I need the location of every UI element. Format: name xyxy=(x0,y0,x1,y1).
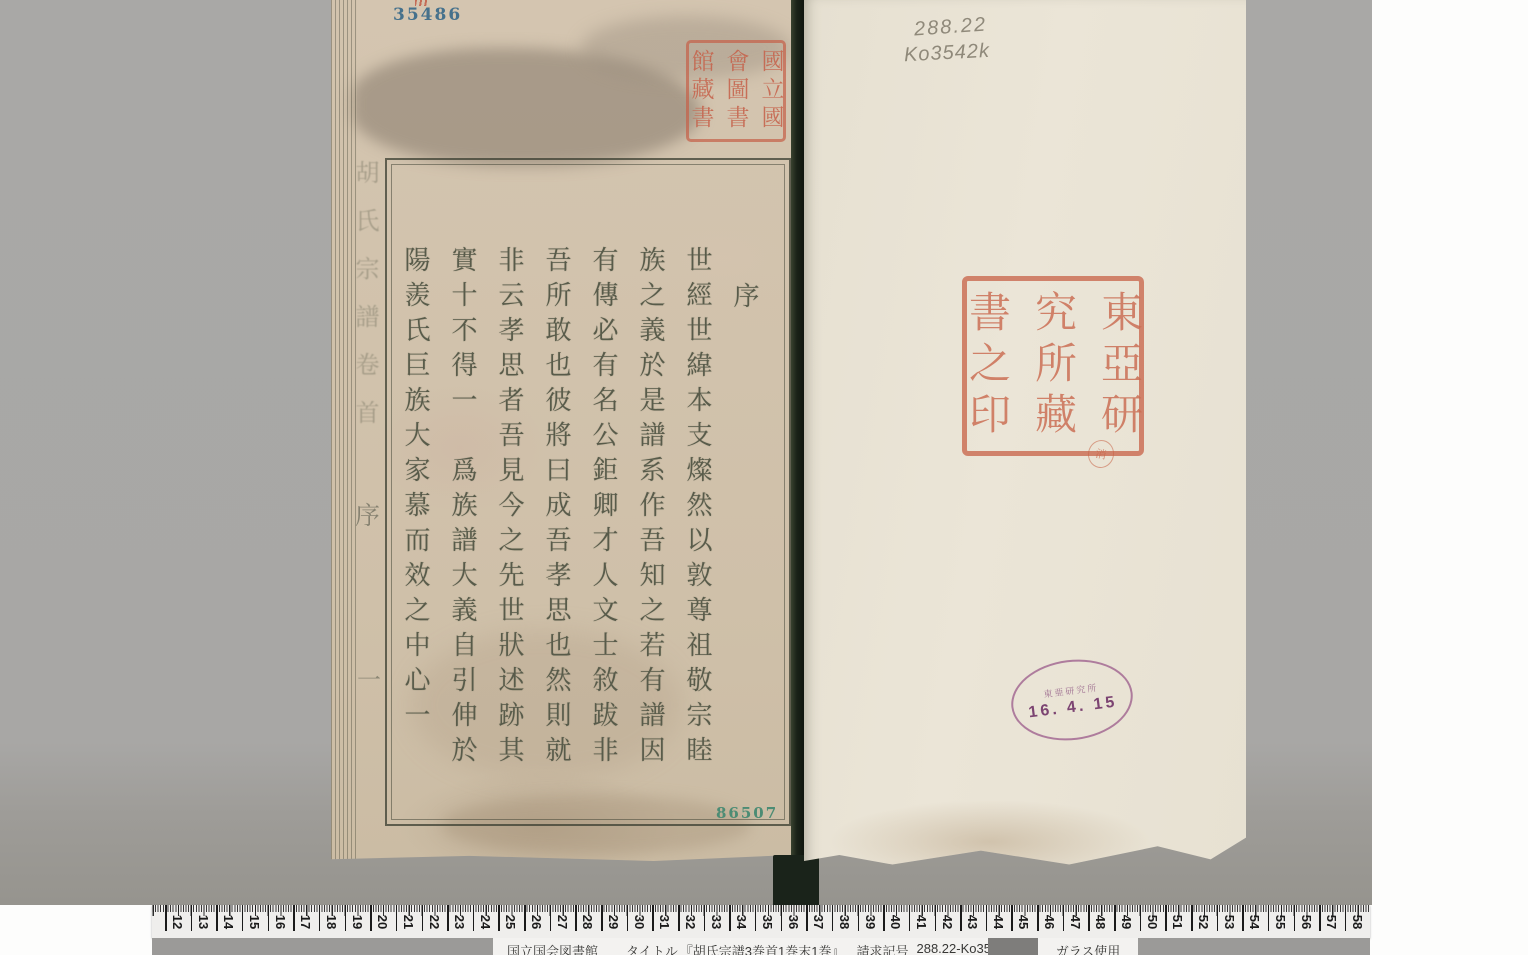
ruler-number: 41 xyxy=(914,911,930,933)
ruler-number: 52 xyxy=(1196,911,1212,933)
ruler-cm-tick xyxy=(575,905,577,931)
accession-number-stamp: 35486 xyxy=(393,5,462,25)
seal-column: 會圖書 xyxy=(720,49,753,133)
text-column: 吾所敢也彼將曰成吾孝思也然則就 xyxy=(548,246,575,804)
ruler-number: 35 xyxy=(760,911,776,933)
ruler-cm-tick xyxy=(345,905,347,931)
title-value: 『胡氏宗譜3巻首1巻末1巻』 xyxy=(680,941,845,955)
ruler-number: 27 xyxy=(555,911,571,933)
ruler-cm-tick xyxy=(781,905,783,931)
ruler-number: 38 xyxy=(837,911,853,933)
text-column: 非云孝思者吾見今之先世狀述跡其 xyxy=(501,246,528,804)
ruler-number: 34 xyxy=(734,911,750,933)
ruler-cm-tick xyxy=(473,905,475,931)
ruler-number: 54 xyxy=(1247,911,1263,933)
ruler-number: 15 xyxy=(247,911,263,933)
ruler-cm-tick xyxy=(1063,905,1065,931)
ruler-cm-tick xyxy=(704,905,706,931)
ruler-number: 25 xyxy=(503,911,519,933)
spine-section: 序 xyxy=(355,496,380,532)
text-column: 序 xyxy=(736,282,763,804)
library-ownership-seal: 國立國 會圖書 館藏書 xyxy=(686,40,786,142)
ruler-cm-tick xyxy=(191,905,193,931)
ruler-number: 26 xyxy=(529,911,545,933)
date-stamp: 東亜研究所 16. 4. 15 xyxy=(1007,653,1138,747)
ruler-cm-tick xyxy=(909,905,911,931)
right-page: 288.22 Ko3542k 東亞研 究所藏 書之印 消 東亜研究所 16. 4… xyxy=(804,0,1246,868)
ruler-cm-tick xyxy=(960,905,962,931)
ruler-cm-tick xyxy=(1345,905,1347,931)
ruler-cm-tick xyxy=(1114,905,1116,931)
ruler-cm-tick xyxy=(396,905,398,931)
ruler-cm-tick xyxy=(986,905,988,931)
text-column: 族之義於是譜系作吾知之若有譜因 xyxy=(642,246,669,804)
ruler-number: 50 xyxy=(1145,911,1161,933)
ruler-number: 18 xyxy=(324,911,340,933)
ruler-number: 42 xyxy=(940,911,956,933)
paper-stain xyxy=(351,48,701,166)
ruler-cm-tick xyxy=(422,905,424,931)
ruler-number: 49 xyxy=(1119,911,1135,933)
ruler-number: 20 xyxy=(375,911,391,933)
ruler-number: 36 xyxy=(786,911,802,933)
ruler-cm-tick xyxy=(883,905,885,931)
pencil-call-number-line1: 288.22 xyxy=(913,13,988,41)
ruler-number: 44 xyxy=(991,911,1007,933)
left-page: 胡氏宗譜卷首 序 一 35486 國立國 會圖書 館藏書 序 世經世緯本支燦然以… xyxy=(331,0,792,861)
text-column: 陽羨氏巨族大家慕而效之中心一 xyxy=(407,246,434,804)
glass-used-label: ガラス使用 xyxy=(1038,938,1138,955)
ruler-cm-tick xyxy=(268,905,270,931)
ruler-cm-tick xyxy=(1191,905,1193,931)
ruler-cm-tick xyxy=(1037,905,1039,931)
text-column: 有傳必有名公鉅卿才人文士敘跋非 xyxy=(595,246,622,804)
seal-column: 國立國 xyxy=(755,49,788,133)
seal-column: 究所藏 xyxy=(1023,290,1083,443)
call-number-label: 請求記号 xyxy=(856,941,908,955)
ruler-number: 13 xyxy=(196,911,212,933)
text-column: 世經世緯本支燦然以敦尊祖敬宗睦 xyxy=(689,246,716,804)
ruler-cm-tick xyxy=(1268,905,1270,931)
seal-column: 館藏書 xyxy=(685,49,718,133)
ruler-number: 28 xyxy=(580,911,596,933)
ruler-cm-tick xyxy=(319,905,321,931)
ruler-number: 30 xyxy=(632,911,648,933)
library-name: 国立国会図書館 xyxy=(507,941,598,955)
title-label: タイトル xyxy=(626,941,678,955)
ruler-cm-tick xyxy=(678,905,680,931)
ruler-number: 39 xyxy=(863,911,879,933)
ruler-number: 23 xyxy=(452,911,468,933)
ruler-cm-tick xyxy=(242,905,244,931)
ruler-cm-tick xyxy=(1217,905,1219,931)
date-stamp-date: 16. 4. 15 xyxy=(1028,693,1119,722)
preface-text: 序 世經世緯本支燦然以敦尊祖敬宗睦 族之義於是譜系作吾知之若有譜因 有傳必有名公… xyxy=(387,160,789,824)
ruler-cm-tick xyxy=(1294,905,1296,931)
label-gap xyxy=(988,938,1038,955)
ruler-number: 29 xyxy=(606,911,622,933)
ruler-cm-tick xyxy=(1088,905,1090,931)
ruler-number: 45 xyxy=(1016,911,1032,933)
ruler-cm-tick xyxy=(729,905,731,931)
ruler-cm-tick xyxy=(550,905,552,931)
ruler-number: 43 xyxy=(965,911,981,933)
ruler-number: 16 xyxy=(273,911,289,933)
seal-column: 東亞研 xyxy=(1089,290,1149,443)
ruler-number: 14 xyxy=(221,911,237,933)
ruler-cm-tick xyxy=(935,905,937,931)
ruler-number: 55 xyxy=(1273,911,1289,933)
ruler-number: 31 xyxy=(657,911,673,933)
scanned-book-viewer: 胡氏宗譜卷首 序 一 35486 國立國 會圖書 館藏書 序 世經世緯本支燦然以… xyxy=(0,0,1528,955)
ruler-cm-tick xyxy=(216,905,218,931)
ruler-cm-tick xyxy=(165,905,167,931)
ruler-number: 17 xyxy=(298,911,314,933)
ruler-cm-tick xyxy=(1165,905,1167,931)
ruler-cm-tick xyxy=(627,905,629,931)
ruler-number: 32 xyxy=(683,911,699,933)
ruler-cm-tick xyxy=(755,905,757,931)
ruler-number: 58 xyxy=(1350,911,1366,933)
ruler-number: 48 xyxy=(1093,911,1109,933)
ruler-cm-tick xyxy=(524,905,526,931)
ruler-number: 47 xyxy=(1068,911,1084,933)
ruler-cm-tick xyxy=(1011,905,1013,931)
ruler-cm-tick xyxy=(652,905,654,931)
ruler-number: 46 xyxy=(1042,911,1058,933)
ruler-cm-tick xyxy=(293,905,295,931)
spine-page-number: 一 xyxy=(357,660,381,695)
ruler-cm-tick xyxy=(1140,905,1142,931)
ruler-number: 33 xyxy=(709,911,725,933)
spine-title: 胡氏宗譜卷首 xyxy=(351,160,383,448)
ruler-number: 12 xyxy=(170,911,186,933)
footer-band: 国立国会図書館 タイトル 『胡氏宗譜3巻首1巻末1巻』 請求記号 288.22-… xyxy=(152,938,1370,955)
ruler-cm-tick xyxy=(370,905,372,931)
ruler-cm-tick xyxy=(498,905,500,931)
ruler-number: 51 xyxy=(1170,911,1186,933)
ruler-number: 53 xyxy=(1222,911,1238,933)
scale-ruler: 1213141516171819202122232425262728293031… xyxy=(152,905,1370,938)
ruler-number: 22 xyxy=(427,911,443,933)
ruler-cm-tick xyxy=(832,905,834,931)
photo-background: 胡氏宗譜卷首 序 一 35486 國立國 會圖書 館藏書 序 世經世緯本支燦然以… xyxy=(0,0,1372,905)
ruler-cm-tick xyxy=(447,905,449,931)
ruler-number: 24 xyxy=(478,911,494,933)
ruler-number: 37 xyxy=(811,911,827,933)
ruler-number: 21 xyxy=(401,911,417,933)
east-asia-institute-seal: 東亞研 究所藏 書之印 xyxy=(962,276,1144,456)
ruler-cm-tick xyxy=(806,905,808,931)
seal-column: 書之印 xyxy=(957,290,1017,443)
ruler-number: 40 xyxy=(888,911,904,933)
pencil-call-number-line2: Ko3542k xyxy=(903,40,990,67)
ruler-cm-tick xyxy=(1319,905,1321,931)
glass-used-text: ガラス使用 xyxy=(1056,941,1121,955)
text-column: 實十不得一 爲族譜大義自引伸於 xyxy=(454,246,481,804)
book-gutter xyxy=(791,0,804,861)
catalog-label: 国立国会図書館 タイトル 『胡氏宗譜3巻首1巻末1巻』 請求記号 288.22-… xyxy=(493,938,1001,955)
ruler-cm-tick xyxy=(601,905,603,931)
text-block-frame: 序 世經世緯本支燦然以敦尊祖敬宗睦 族之義於是譜系作吾知之若有譜因 有傳必有名公… xyxy=(385,158,791,826)
book-spine-end xyxy=(773,855,819,908)
ruler-number: 56 xyxy=(1299,911,1315,933)
ruler-cm-tick xyxy=(858,905,860,931)
ruler-number: 19 xyxy=(350,911,366,933)
page-number-stamp: 86507 xyxy=(716,804,778,822)
ruler-number: 57 xyxy=(1324,911,1340,933)
ruler-cm-tick xyxy=(1242,905,1244,931)
